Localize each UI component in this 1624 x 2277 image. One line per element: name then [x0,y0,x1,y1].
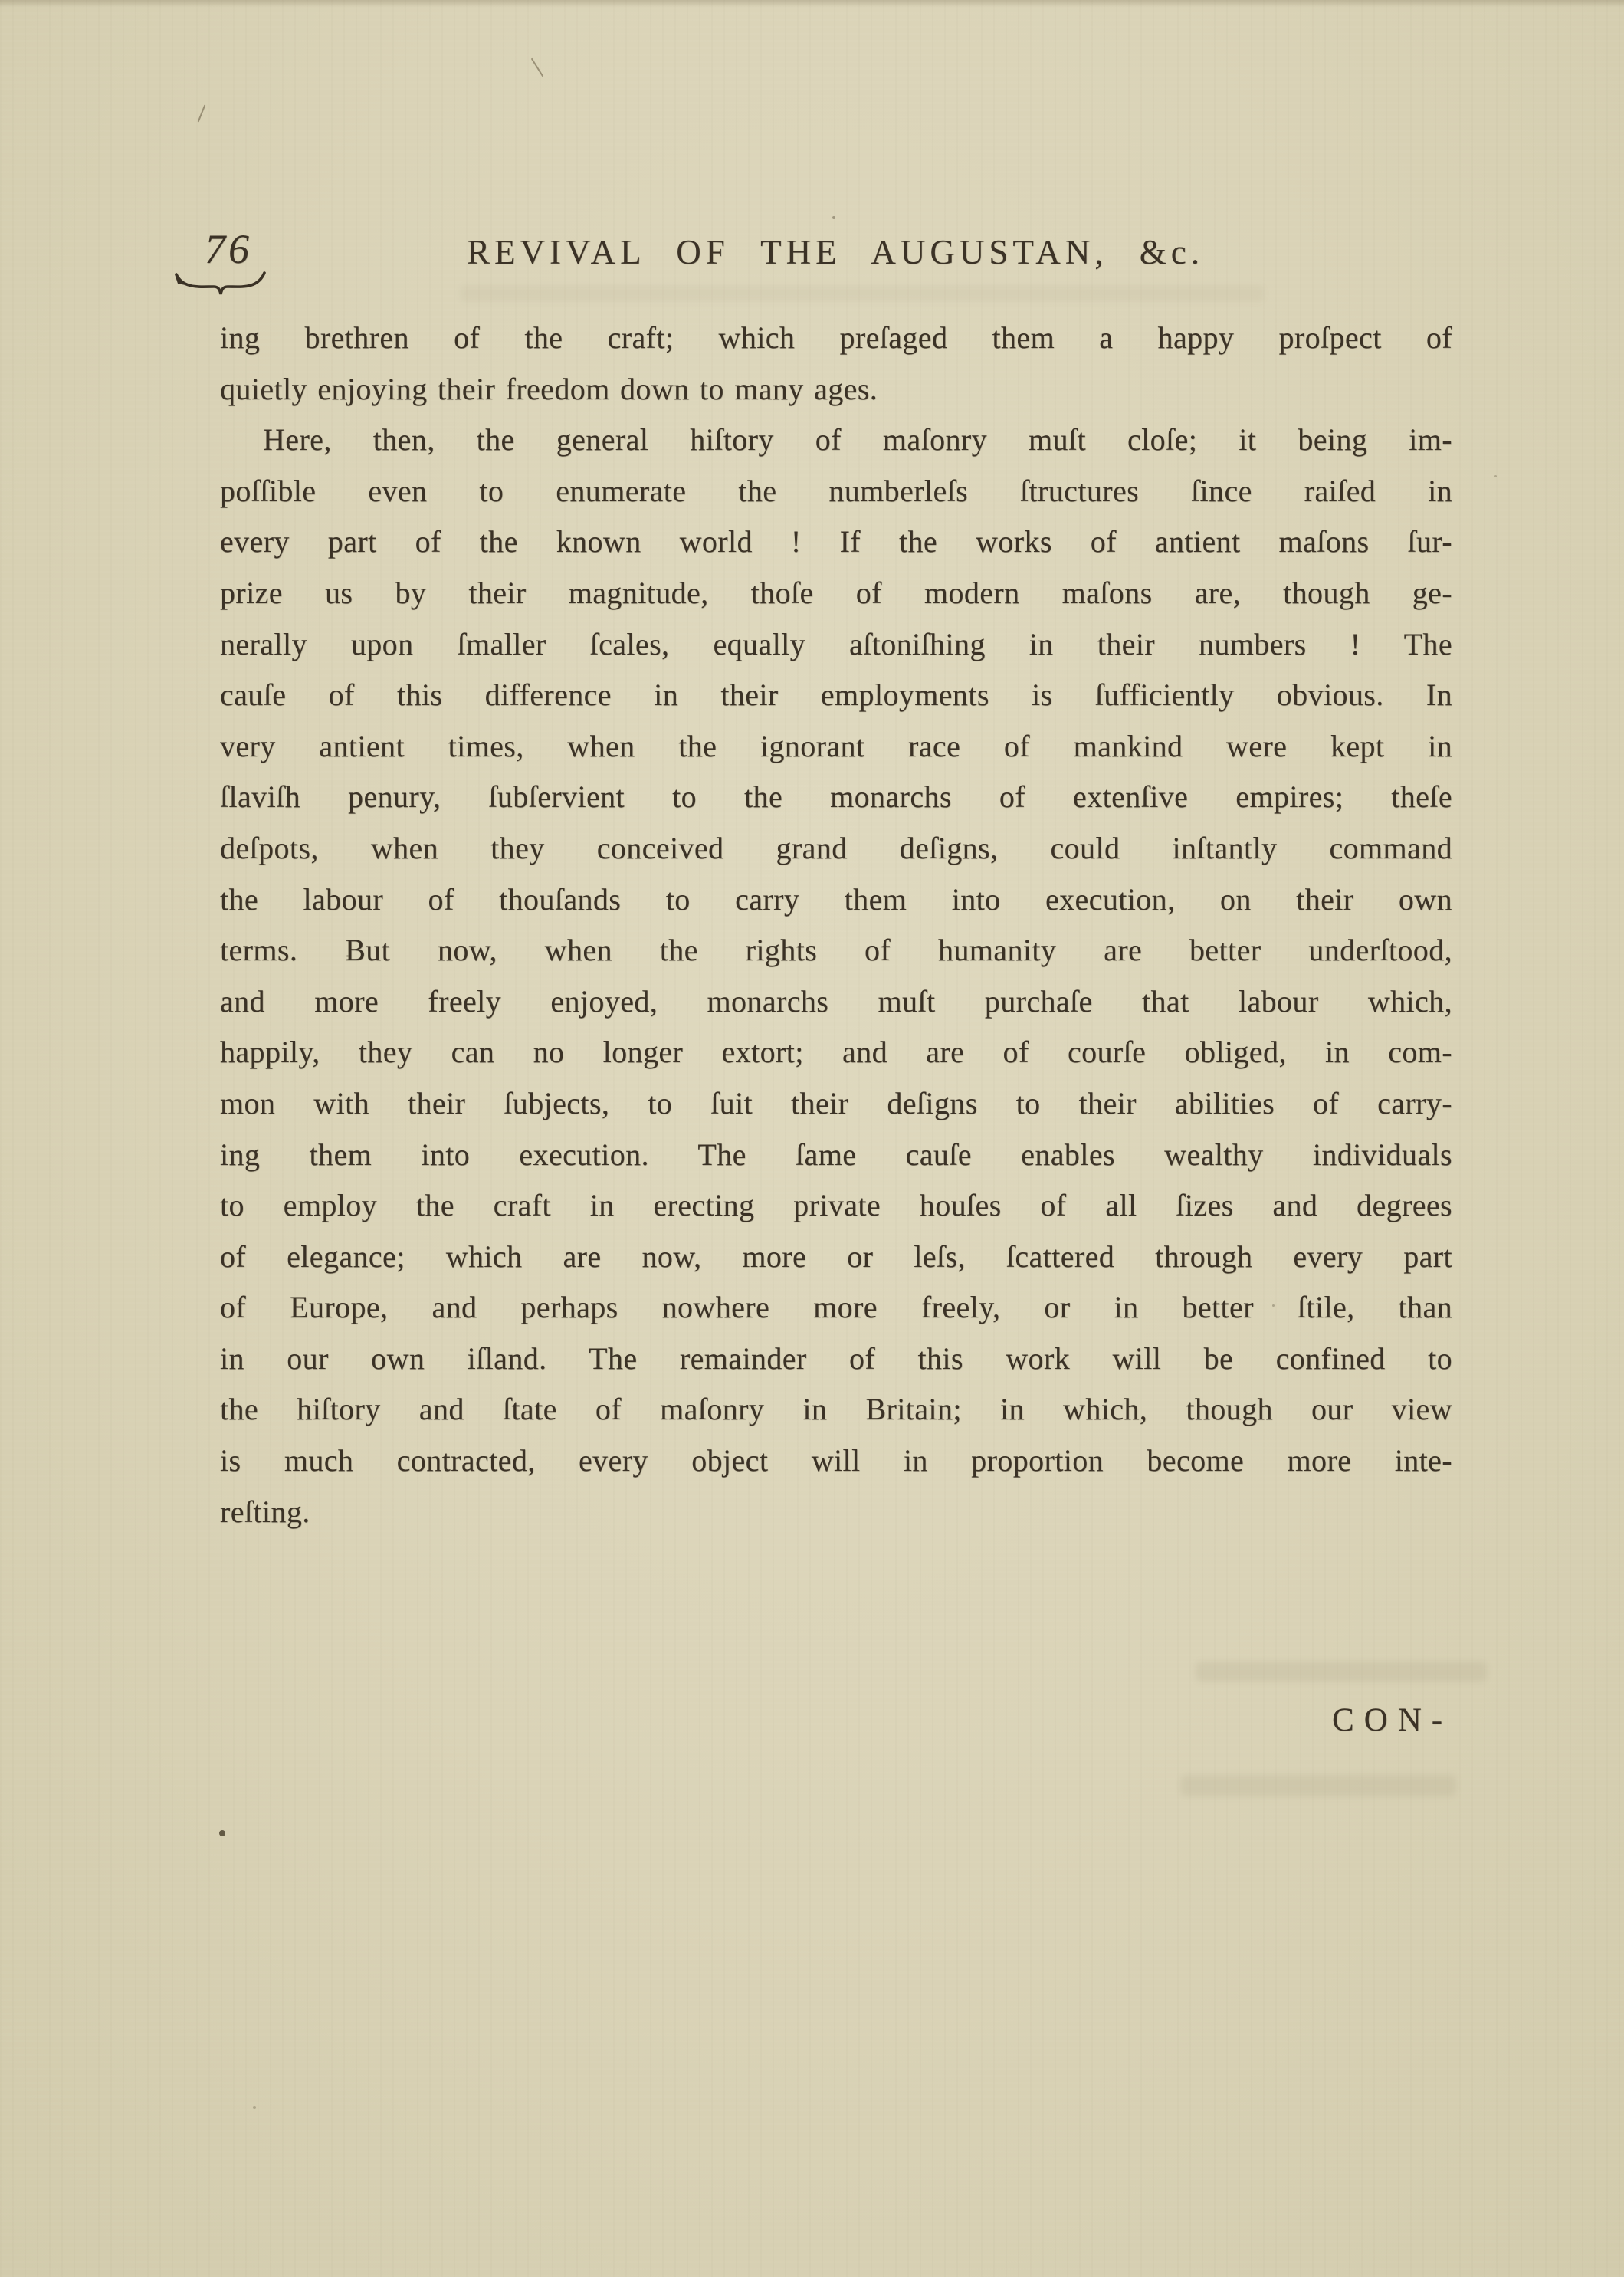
paper-speck [1494,475,1497,477]
catchword: CON- [1332,1701,1452,1739]
text-line: Here, then, the general hiſtory of maſon… [220,415,1452,466]
pencil-mark [198,104,206,122]
text-line: deſpots, when they conceived grand deſig… [220,823,1452,874]
text-line: quietly enjoying their freedom down to m… [220,364,1452,415]
text-line: nerally upon ſmaller ſcales, equally aſt… [220,619,1452,671]
text-line: very antient times, when the ignorant ra… [220,721,1452,773]
paper-speck [1272,1304,1275,1307]
paper-speck [253,2106,256,2109]
body-text-block: ing brethren of the craft; which preſage… [220,313,1452,1537]
text-line: ing them into execution. The ſame cauſe … [220,1130,1452,1181]
folio-brace-ornament [173,270,268,301]
paper-speck [346,955,349,957]
text-line: reſting. [220,1487,1452,1538]
text-line: is much contracted, every object will in… [220,1435,1452,1487]
text-line: poſſible even to enumerate the numberleſ… [220,466,1452,517]
text-line: terms. But now, when the rights of human… [220,925,1452,976]
text-line: in our own iſland. The remainder of this… [220,1334,1452,1385]
text-line: the labour of thouſands to carry them in… [220,874,1452,926]
paper-speck [219,1830,225,1836]
text-line: ſlaviſh penury, ſubſervient to the monar… [220,772,1452,823]
text-line: of Europe, and perhaps nowhere more free… [220,1282,1452,1334]
text-line: the hiſtory and ſtate of maſonry in Brit… [220,1384,1452,1435]
pencil-mark [531,58,544,77]
text-line: ing brethren of the craft; which preſage… [220,313,1452,364]
text-line: mon with their ſubjects, to ſuit their d… [220,1078,1452,1130]
ink-bleed-through [460,285,1265,302]
ink-bleed-through [1180,1775,1456,1796]
text-line: happily, they can no longer extort; and … [220,1027,1452,1078]
text-line: cauſe of this difference in their employ… [220,670,1452,721]
paper-speck [832,216,835,219]
text-line: every part of the known world ! If the w… [220,517,1452,568]
ink-bleed-through [1196,1662,1487,1682]
running-title: REVIVAL OF THE AUGUSTAN, &c. [218,232,1452,272]
text-line: and more freely enjoyed, monarchs muſt p… [220,976,1452,1028]
book-page-scan: 76 REVIVAL OF THE AUGUSTAN, &c. ing bret… [0,0,1624,2277]
text-line: of elegance; which are now, more or leſs… [220,1232,1452,1283]
text-line: to employ the craft in erecting private … [220,1180,1452,1232]
text-line: prize us by their magnitude, thoſe of mo… [220,568,1452,619]
